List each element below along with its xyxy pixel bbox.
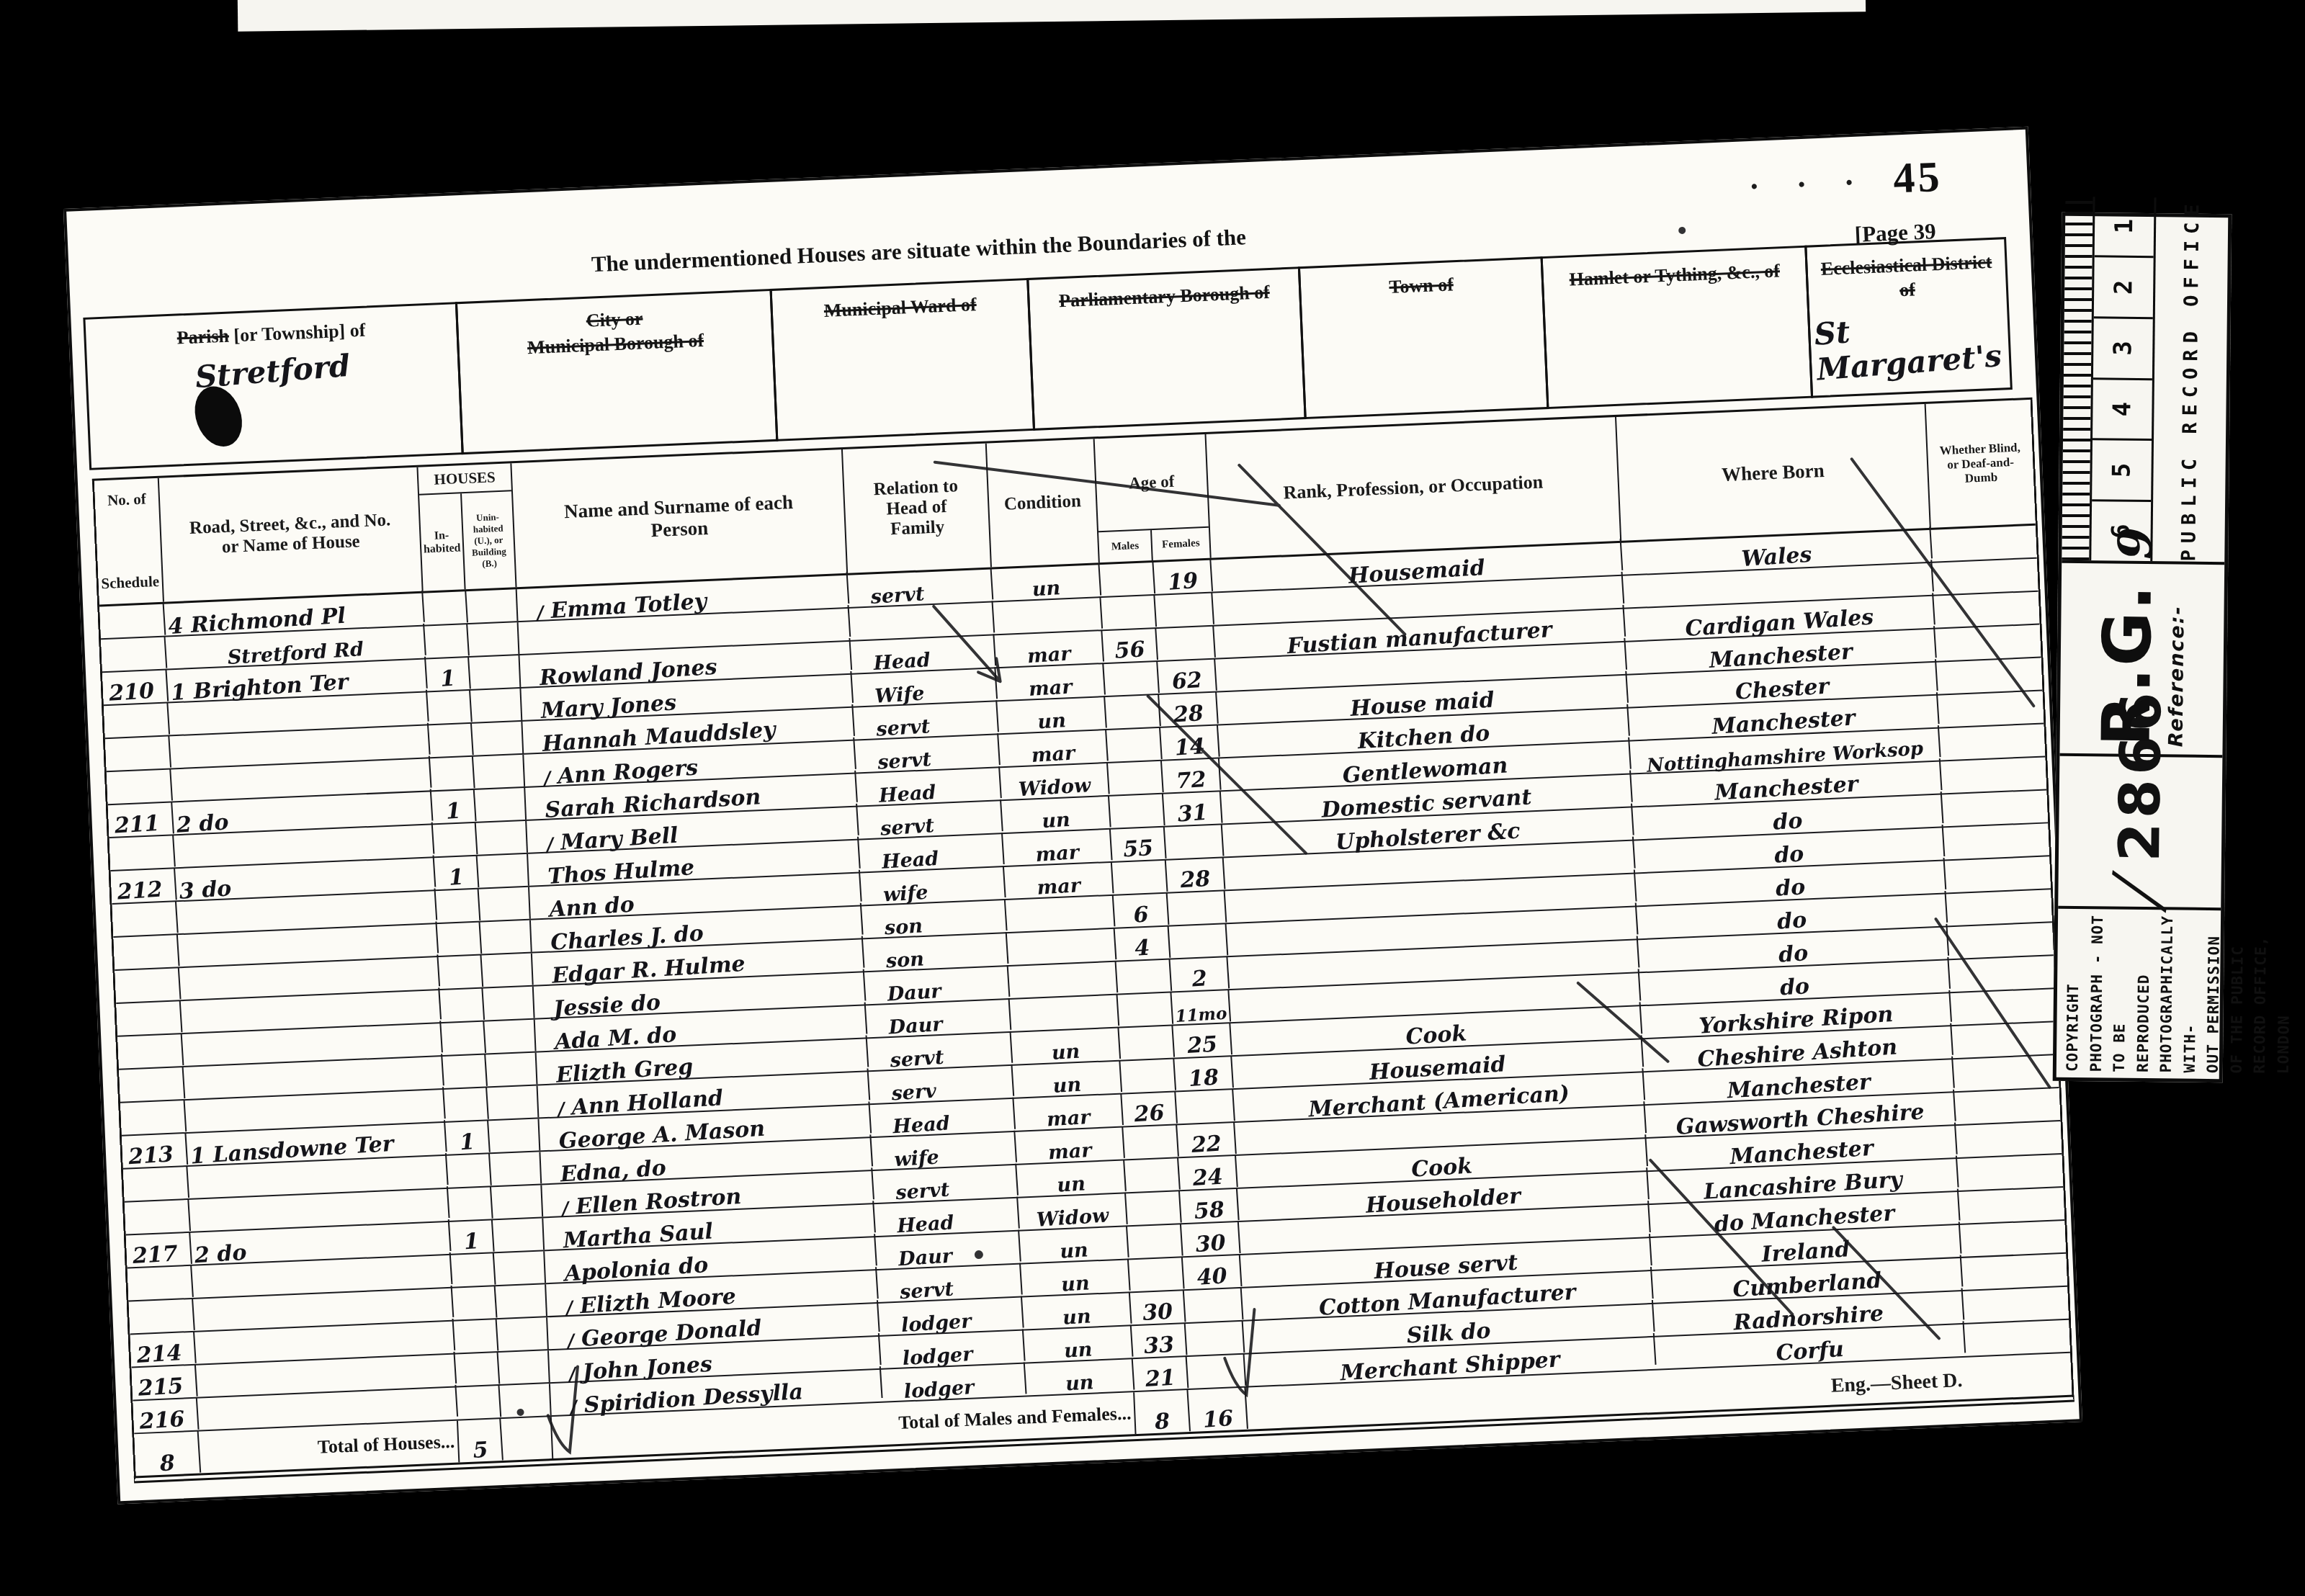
boundary-label: Hamlet or Tything, &c., of <box>1569 259 1781 292</box>
cell-inhabited <box>433 822 478 857</box>
cell-infirmity <box>1942 790 2048 826</box>
cell-schedule: 210 <box>102 670 169 706</box>
cell-schedule <box>101 637 168 673</box>
ruler-number: 6 <box>2091 501 2151 561</box>
ruler-number: 2 <box>2094 258 2154 320</box>
cell-age-male: 55 <box>1111 827 1167 862</box>
cell-condition: un <box>1016 1160 1126 1198</box>
record-group-label: R.G. 9 <box>2095 570 2159 747</box>
column-header-schedule: No. ofSchedule <box>94 478 164 605</box>
column-header-name: Name and Surname of each Person <box>511 449 848 587</box>
cell-schedule <box>117 1034 184 1070</box>
cell-infirmity <box>1964 1320 2070 1356</box>
cell-infirmity <box>1956 1121 2062 1157</box>
cell-condition: un <box>1013 1060 1122 1098</box>
cell-age-male <box>1118 992 1174 1028</box>
cell-age-female: 30 <box>1181 1221 1241 1257</box>
cell-age-male <box>1124 1158 1181 1193</box>
enumerator-tick-mark: ∕ <box>546 835 554 855</box>
cell-inhabited <box>427 690 473 725</box>
cell-inhabited <box>455 1352 501 1386</box>
cell-uninhabited <box>472 722 524 756</box>
cell-schedule <box>120 1100 187 1136</box>
cell-condition <box>993 597 1103 635</box>
folio-dots: . . . <box>1749 156 1869 196</box>
cell-infirmity <box>1941 757 2046 793</box>
cell-uninhabited <box>494 1251 546 1285</box>
cell-infirmity <box>1948 923 2054 959</box>
cell-uninhabited <box>483 987 535 1021</box>
cell-condition: Widow <box>1018 1193 1127 1231</box>
enumerator-tick-mark: ∕ <box>557 1100 565 1120</box>
ruler-number: 1 <box>2095 197 2154 259</box>
cell-uninhabited <box>478 854 529 888</box>
cell-condition: mar <box>1015 1126 1124 1165</box>
cell-condition: un <box>1025 1358 1134 1396</box>
cell-inhabited <box>452 1286 498 1321</box>
cell-infirmity <box>1945 856 2051 892</box>
boundary-label-part: City or <box>586 308 643 331</box>
boundary-label: Town of <box>1389 272 1454 300</box>
cell-inhabited <box>447 1154 492 1188</box>
cell-uninhabited <box>497 1317 549 1351</box>
boundary-handwritten-value: St Margaret's <box>1813 302 2007 387</box>
enumerator-tick-mark: ∕ <box>568 1366 576 1385</box>
cell-uninhabited <box>476 821 528 855</box>
ruler-numbers: 654321 <box>2091 197 2156 561</box>
cell-uninhabited <box>490 1152 542 1185</box>
cell-schedule <box>106 768 173 804</box>
cell-infirmity <box>1940 724 2046 760</box>
boundary-label: Parish [or Township] of <box>176 318 366 351</box>
boundary-label: Parliamentary Borough of <box>1059 280 1271 313</box>
cell-uninhabited <box>475 788 527 822</box>
cell-inhabited: 1 <box>445 1121 491 1155</box>
boundary-label-part: Ecclesiastical District of <box>1820 251 1992 300</box>
copyright-section: COPYRIGHT PHOTOGRAPH - NOT TO BE REPRODU… <box>2056 906 2221 1080</box>
cell-condition: mar <box>995 663 1105 701</box>
cell-infirmity <box>1961 1254 2067 1290</box>
column-header-occupation: Rank, Profession, or Occupation <box>1206 417 1621 558</box>
cell-uninhabited <box>496 1284 547 1318</box>
cell-infirmity <box>1938 691 2044 727</box>
cell-age-female <box>1169 923 1229 959</box>
enumerator-tick-mark: ∕ <box>565 1299 573 1319</box>
cell-age-male <box>1112 860 1168 895</box>
cell-uninhabited <box>500 1384 552 1417</box>
cell-condition: mar <box>1004 861 1114 900</box>
cell-infirmity <box>1949 956 2055 992</box>
cell-age-female <box>1187 1354 1247 1389</box>
column-header-condition: Condition <box>987 439 1100 567</box>
cell-schedule <box>104 703 171 739</box>
cell-age-female: 22 <box>1177 1122 1237 1157</box>
cell-condition: un <box>1024 1325 1133 1363</box>
boundary-label-part: Town of <box>1389 274 1454 297</box>
cell-age-female: 72 <box>1162 758 1222 794</box>
cell-infirmity <box>1937 658 2043 694</box>
cell-inhabited <box>424 624 470 658</box>
cell-age-female: 24 <box>1178 1155 1238 1191</box>
cell-schedule: 214 <box>130 1332 197 1368</box>
cell-uninhabited <box>493 1218 545 1252</box>
cell-inhabited <box>430 756 475 791</box>
cell-condition: un <box>1019 1226 1129 1264</box>
cell-schedule <box>123 1166 190 1202</box>
cell-age-male <box>1101 595 1157 630</box>
cell-inhabited <box>436 889 481 923</box>
folio-number-stamp: 45 <box>1892 153 1943 202</box>
cell-uninhabited <box>479 887 531 921</box>
cell-age-female: 28 <box>1166 858 1226 893</box>
column-header-age: Age ofMalesFemales <box>1095 434 1212 562</box>
cell-schedule <box>127 1265 194 1301</box>
cell-age-female: 40 <box>1183 1255 1243 1290</box>
cell-infirmity <box>1946 889 2052 925</box>
column-header-infirmity: Whether Blind, or Deaf-and-Dumb <box>1926 400 2036 528</box>
cell-schedule <box>124 1199 191 1235</box>
cell-condition <box>1007 928 1116 966</box>
cell-schedule: 217 <box>125 1232 192 1268</box>
cell-infirmity <box>1935 625 2041 661</box>
reference-slash-mark: ╱ <box>2108 868 2171 911</box>
cell-schedule <box>128 1299 195 1335</box>
cell-infirmity <box>1960 1221 2066 1257</box>
cell-inhabited <box>439 988 485 1023</box>
cell-condition: un <box>992 564 1101 602</box>
cell-inhabited <box>451 1253 496 1288</box>
cell-age-female: 19 <box>1153 560 1213 595</box>
ruler-ticks <box>2062 196 2095 560</box>
cell-age-female: 58 <box>1180 1188 1240 1224</box>
cell-schedule: 212 <box>110 868 177 904</box>
cell-inhabited <box>441 1021 486 1056</box>
cell-schedule <box>109 835 176 871</box>
boundary-cell: Parish [or Township] ofStretford <box>83 302 463 470</box>
cell-condition: mar <box>995 630 1104 668</box>
cell-age-male <box>1127 1224 1183 1259</box>
office-name: PUBLIC RECORD OFFICE <box>2152 197 2228 562</box>
cell-relation: lodger <box>881 1362 1026 1402</box>
cell-condition <box>1008 961 1118 999</box>
boundary-label-part: Parish <box>176 326 229 349</box>
cell-age-male: 21 <box>1133 1356 1189 1391</box>
cell-condition: Widow <box>1000 762 1109 800</box>
boundary-label-part: Municipal Ward of <box>823 294 977 321</box>
ruler-number: 5 <box>2092 441 2152 503</box>
boundary-cell: Hamlet or Tything, &c., of <box>1541 246 1814 409</box>
cell-age-male: 30 <box>1130 1290 1186 1325</box>
column-header-inhabited: In-habited <box>419 493 466 591</box>
cell-infirmity <box>1952 1022 2058 1058</box>
boundary-cell: Ecclesiastical District ofSt Margaret's <box>1804 237 2013 398</box>
column-header-houses: HOUSESIn-habitedUnin-habited (U.), or Bu… <box>418 463 516 591</box>
cell-inhabited <box>437 922 483 956</box>
cell-uninhabited <box>488 1085 540 1119</box>
boundary-cell: Parliamentary Borough of <box>1026 266 1307 431</box>
cell-uninhabited <box>468 622 520 656</box>
cell-age-male <box>1126 1191 1182 1227</box>
cell-infirmity <box>1931 526 2037 562</box>
cell-age-male <box>1123 1125 1179 1160</box>
cell-age-female: 14 <box>1160 725 1220 761</box>
houses-subheaders: In-habitedUnin-habited (U.), or Building… <box>419 490 516 591</box>
cell-condition: un <box>1022 1292 1132 1330</box>
cell-age-female: 2 <box>1171 956 1230 992</box>
cell-inhabited <box>423 591 468 625</box>
cell-inhabited: 1 <box>434 856 480 890</box>
age-subheaders: MalesFemales <box>1098 526 1210 562</box>
cell-infirmity <box>1934 592 2040 628</box>
cell-schedule: 211 <box>107 802 174 838</box>
table-body: 4 Richmond Pl∕Emma Totleyservtun19Housem… <box>99 526 2070 1435</box>
cell-condition: un <box>1001 795 1111 833</box>
cell-age-male <box>1104 661 1160 696</box>
cell-uninhabited <box>473 755 525 789</box>
boundary-label-part: Parliamentary Borough of <box>1059 282 1271 311</box>
column-header-relation: Relation to Head of Family <box>843 444 992 573</box>
cell-age-male: 26 <box>1122 1092 1178 1127</box>
census-table: No. ofScheduleRoad, Street, &c., and No.… <box>92 398 2074 1484</box>
cell-inhabited <box>457 1385 502 1420</box>
enumerator-tick-mark: ∕ <box>570 1399 578 1418</box>
cell-infirmity <box>1955 1088 2061 1124</box>
cell-age-female <box>1184 1288 1244 1323</box>
cell-age-female <box>1165 825 1225 860</box>
public-record-office-strip: COPYRIGHT PHOTOGRAPH - NOT TO BE REPRODU… <box>2053 212 2232 1082</box>
cell-age-male: 56 <box>1102 628 1158 663</box>
cell-schedule: 216 <box>133 1398 200 1434</box>
cell-infirmity <box>1953 1055 2059 1091</box>
cell-age-male <box>1120 1059 1176 1094</box>
boundary-cell: Town of <box>1298 256 1549 419</box>
cell-condition: mar <box>1003 828 1112 866</box>
cell-infirmity <box>1943 823 2049 859</box>
cell-age-male: 33 <box>1132 1323 1188 1358</box>
cell-age-female: 25 <box>1173 1023 1232 1058</box>
cell-age-female: 28 <box>1159 692 1219 727</box>
enumerator-tick-mark: ∕ <box>561 1200 569 1219</box>
cell-schedule <box>99 604 166 640</box>
cell-condition: un <box>1021 1259 1130 1297</box>
cell-age-male <box>1100 562 1156 597</box>
totals-houses-value: 5 <box>457 1418 503 1463</box>
cell-condition <box>1010 994 1119 1032</box>
cell-age-male: 4 <box>1115 926 1171 961</box>
ruler-section: 654321 PUBLIC RECORD OFFICE <box>2062 196 2228 561</box>
enumerator-tick-mark: ∕ <box>543 769 551 789</box>
boundary-cell: City orMunicipal Borough of <box>455 289 778 454</box>
cell-age-male <box>1119 1026 1176 1061</box>
cell-inhabited: 1 <box>449 1220 495 1255</box>
reference-label: Reference:- <box>2165 571 2190 747</box>
cell-age-female: 62 <box>1158 659 1217 694</box>
census-page: . . . 45 [Page 39 The undermentioned Hou… <box>63 127 2082 1505</box>
cell-infirmity <box>1958 1155 2064 1191</box>
cell-uninhabited <box>485 1020 537 1054</box>
cell-infirmity <box>1933 559 2038 595</box>
cell-uninhabited <box>471 689 523 722</box>
cell-schedule <box>113 934 180 970</box>
cell-uninhabited <box>486 1053 538 1087</box>
piece-number-section: ╱ 2866 <box>2058 753 2222 907</box>
cell-age-female <box>1156 626 1216 661</box>
cell-schedule: 213 <box>122 1133 189 1169</box>
totals-males-value: 8 <box>1134 1389 1191 1435</box>
column-header-females: Females <box>1152 528 1210 560</box>
cell-inhabited: 1 <box>426 657 471 691</box>
column-header-males: Males <box>1098 530 1153 562</box>
cell-condition: mar <box>998 729 1108 767</box>
cell-schedule <box>119 1067 186 1103</box>
totals-schedule: 8 <box>134 1431 201 1477</box>
boundary-label-part: [or Township] of <box>228 320 366 346</box>
age-label: Age of <box>1095 434 1209 531</box>
column-header-uninhabited: Unin-habited (U.), or Building (B.) <box>462 491 515 589</box>
cell-infirmity <box>1963 1287 2069 1323</box>
adjacent-page-sliver <box>238 0 1866 32</box>
cell-inhabited <box>448 1187 493 1221</box>
scanned-census-image: . . . 45 [Page 39 The undermentioned Hou… <box>0 0 2305 1596</box>
cell-condition <box>1006 895 1115 933</box>
cell-uninhabited <box>480 920 532 954</box>
cell-age-female: 11mo <box>1172 990 1232 1025</box>
column-header-born: Where Born <box>1616 404 1931 541</box>
cell-uninhabited <box>491 1185 543 1219</box>
cell-infirmity <box>1959 1188 2064 1224</box>
cell-age-male: 6 <box>1114 893 1170 928</box>
ruler-number: 4 <box>2093 380 2152 441</box>
cell-uninhabited <box>482 954 534 987</box>
houses-label: HOUSES <box>418 463 511 493</box>
cell-inhabited <box>442 1054 488 1089</box>
cell-schedule <box>104 736 171 772</box>
boundary-label-part: Hamlet or Tything, &c., of <box>1569 260 1780 290</box>
cell-schedule <box>116 1000 183 1036</box>
cell-age-female <box>1168 890 1227 925</box>
cell-schedule <box>112 901 179 937</box>
cell-age-female <box>1186 1321 1245 1356</box>
enumerator-tick-mark: ∕ <box>537 604 545 624</box>
cell-age-male <box>1105 694 1161 730</box>
boundary-label: Municipal Ward of <box>823 292 977 323</box>
cell-uninhabited <box>467 589 519 623</box>
cell-age-male <box>1106 727 1163 763</box>
cell-age-male <box>1116 959 1173 995</box>
boundary-label-part: Municipal Borough of <box>527 330 704 358</box>
folio-stamp-line: . . . 45 <box>1749 152 1943 210</box>
cell-inhabited: 1 <box>431 789 477 824</box>
schedule-line2: Schedule <box>99 573 161 593</box>
column-header-road: Road, Street, &c., and No. or Name of Ho… <box>159 467 424 602</box>
ruler-number: 3 <box>2093 318 2153 380</box>
cell-age-male <box>1109 794 1165 829</box>
cell-age-female: 18 <box>1174 1056 1234 1091</box>
pro-strip-inner: COPYRIGHT PHOTOGRAPH - NOT TO BE REPRODU… <box>2053 212 2232 1082</box>
cell-age-male <box>1129 1257 1185 1292</box>
cell-uninhabited <box>498 1350 550 1384</box>
cell-age-female: 31 <box>1163 792 1223 827</box>
cell-uninhabited <box>470 655 522 689</box>
record-group-section: R.G. 9 Reference:- <box>2059 560 2224 755</box>
cell-condition: un <box>997 696 1106 734</box>
totals-uninhabited-empty <box>501 1417 553 1461</box>
cell-condition: un <box>1011 1027 1121 1065</box>
cell-age-male <box>1108 761 1164 796</box>
enumerator-tick-mark: ∕ <box>567 1332 575 1352</box>
cell-uninhabited <box>489 1118 541 1152</box>
cell-age-female <box>1176 1089 1235 1124</box>
totals-females-value: 16 <box>1188 1387 1248 1433</box>
cell-inhabited <box>429 723 474 758</box>
cell-schedule: 215 <box>131 1365 198 1401</box>
copyright-text: COPYRIGHT PHOTOGRAPH - NOT TO BE REPRODU… <box>2056 908 2301 1080</box>
cell-infirmity <box>1951 989 2056 1025</box>
cell-inhabited <box>454 1319 499 1354</box>
boundary-label: Ecclesiastical District of <box>1812 249 2002 306</box>
boundary-label: City orMunicipal Borough of <box>526 304 704 360</box>
boundary-cell: Municipal Ward of <box>770 278 1036 441</box>
cell-inhabited <box>444 1088 489 1122</box>
cell-age-female <box>1155 593 1214 628</box>
cell-schedule <box>115 967 182 1003</box>
cell-inhabited <box>439 955 484 990</box>
cell-condition: mar <box>1014 1093 1124 1131</box>
schedule-line1: No. of <box>97 490 158 510</box>
